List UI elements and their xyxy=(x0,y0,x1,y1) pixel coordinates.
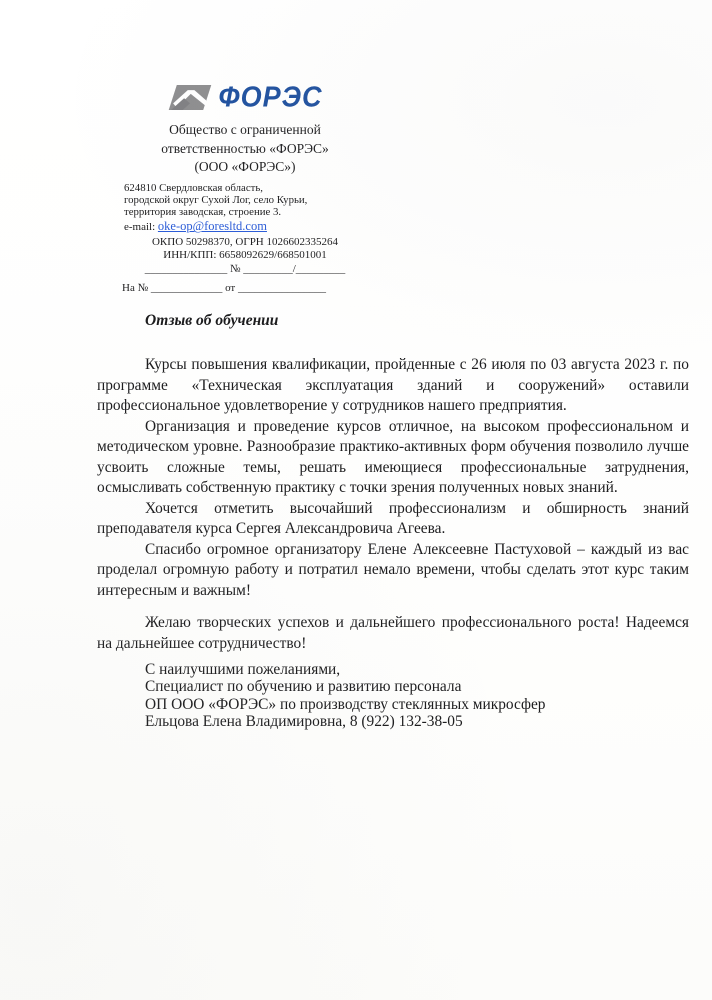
company-logo: ФОРЭС xyxy=(118,84,372,111)
company-address: 624810 Свердловская область, городской о… xyxy=(118,182,372,219)
email-row: e-mail: oke-op@foresltd.com xyxy=(118,219,372,234)
outgoing-number-line: _______________ № _________/_________ xyxy=(118,263,372,276)
company-name-block: Общество с ограниченной ответственностью… xyxy=(118,121,372,177)
inn-kpp-line: ИНН/КПП: 6658092629/668501001 xyxy=(118,249,372,262)
company-name-line1: Общество с ограниченной xyxy=(118,121,372,140)
email-link[interactable]: oke-op@foresltd.com xyxy=(158,219,267,233)
company-name-line2: ответственностью «ФОРЭС» xyxy=(118,140,372,159)
reference-blanks: _____________ от ________________ xyxy=(151,282,326,294)
reference-label: На № xyxy=(122,282,148,294)
signature-position: Специалист по обучению и развитию персон… xyxy=(145,678,546,695)
logo-wordmark: ФОРЭС xyxy=(219,83,323,111)
company-name-line3: (ООО «ФОРЭС») xyxy=(118,158,372,177)
email-label: e-mail: xyxy=(124,221,155,233)
signature-name-phone: Ельцова Елена Владимировна, 8 (922) 132-… xyxy=(145,713,546,730)
signature-block: С наилучшими пожеланиями, Специалист по … xyxy=(145,661,546,731)
address-line1: 624810 Свердловская область, xyxy=(124,182,372,194)
signature-salutation: С наилучшими пожеланиями, xyxy=(145,661,546,678)
registration-numbers: ОКПО 50298370, ОГРН 1026602335264 ИНН/КП… xyxy=(118,236,372,261)
letter-body: Курсы повышения квалификации, пройденные… xyxy=(97,355,689,654)
address-line3: территория заводская, строение 3. xyxy=(124,206,372,218)
letterhead: ФОРЭС Общество с ограниченной ответствен… xyxy=(118,84,372,294)
scanned-letter-page: ФОРЭС Общество с ограниченной ответствен… xyxy=(0,0,712,1000)
reference-line: На № _____________ от ________________ xyxy=(118,282,372,294)
signature-department: ОП ООО «ФОРЭС» по производству стеклянны… xyxy=(145,696,546,713)
document-title: Отзыв об обучении xyxy=(145,312,278,330)
address-line2: городской округ Сухой Лог, село Курьи, xyxy=(124,194,372,206)
body-paragraph: Желаю творческих успехов и дальнейшего п… xyxy=(97,613,689,654)
body-paragraph: Хочется отметить высочайший профессионал… xyxy=(97,499,689,540)
body-paragraph: Курсы повышения квалификации, пройденные… xyxy=(97,355,689,417)
okpo-ogrn-line: ОКПО 50298370, ОГРН 1026602335264 xyxy=(118,236,372,249)
body-paragraph: Спасибо огромное организатору Елене Алек… xyxy=(97,540,689,602)
body-paragraph: Организация и проведение курсов отличное… xyxy=(97,417,689,499)
fores-mountain-icon xyxy=(168,84,212,111)
